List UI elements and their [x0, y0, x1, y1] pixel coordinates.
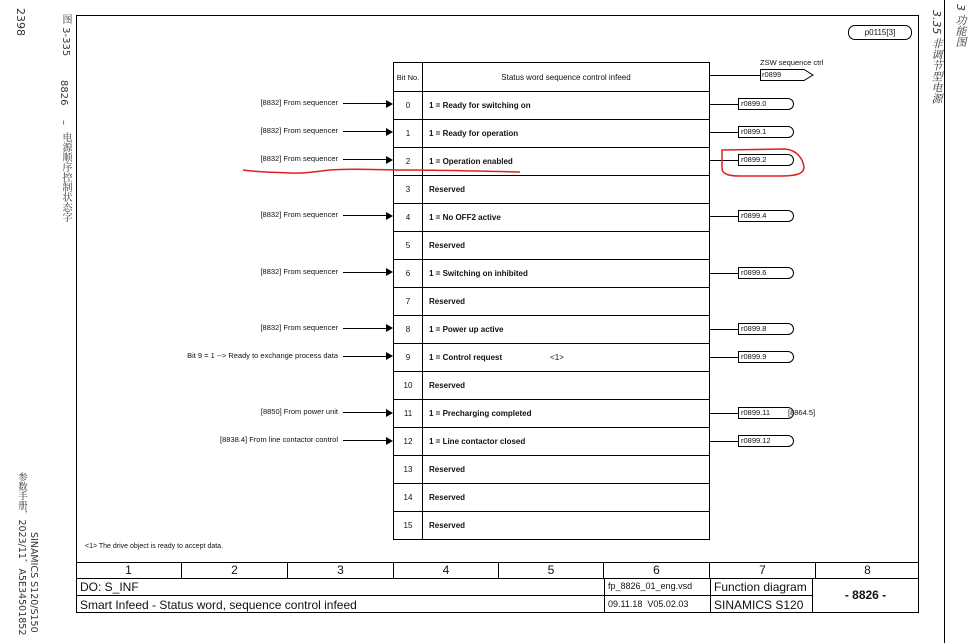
bit-description-text: Reserved [429, 521, 465, 530]
output-signal-line [710, 75, 760, 76]
input-signal-label: [8832] From sequencer [260, 126, 338, 135]
signal-line [710, 441, 738, 442]
table-row: 81 = Power up active [394, 315, 709, 343]
bit-description-text: 1 = Line contactor closed [429, 437, 525, 446]
bit-number: 10 [394, 372, 423, 399]
arrow-head-icon [386, 212, 393, 220]
column-number: 4 [394, 563, 499, 578]
input-signal: [8838.4] From line contactor control [100, 435, 393, 445]
chapter-label: 3 功能图 [952, 4, 968, 48]
bit-description: 1 = Ready for switching on [423, 92, 709, 119]
diagram-number: - 8826 - [812, 588, 919, 602]
signal-line [710, 413, 738, 414]
bit-description-text: Reserved [429, 465, 465, 474]
section-label: 3.35 非调节型电源 [928, 10, 944, 104]
input-signal: Bit 9 = 1 --> Ready to exchange process … [100, 351, 393, 361]
bit-number: 12 [394, 428, 423, 455]
table-row: 10Reserved [394, 371, 709, 399]
input-signal: [8832] From sequencer [100, 210, 393, 220]
title-block: 12345678 [76, 562, 919, 579]
input-signal: [8832] From sequencer [100, 154, 393, 164]
table-row: 15Reserved [394, 511, 709, 539]
output-parameter: r0899.12 [738, 435, 794, 447]
output-parameter: r0899.6 [738, 267, 794, 279]
figure-label: 图 3-335 [58, 14, 73, 56]
cross-reference: [8864.5] [788, 407, 815, 419]
header-bit: Bit No. [394, 63, 423, 91]
column-numbers: 12345678 [76, 563, 919, 579]
output-signal-connector: r0899 [760, 69, 812, 80]
bit-number: 13 [394, 456, 423, 483]
figure-title: 电源顺序控制状态字 [58, 132, 73, 222]
bit-description-text: 1 = Ready for operation [429, 129, 518, 138]
signal-line [710, 273, 738, 274]
bit-description-text: Reserved [429, 381, 465, 390]
arrow-head-icon [386, 156, 393, 164]
signal-line [710, 216, 738, 217]
signal-line [710, 160, 738, 161]
output-signal-label: ZSW sequence ctrl [760, 58, 823, 67]
column-number: 2 [182, 563, 288, 578]
date-version: 09.11.18 V05.02.03 [608, 599, 688, 609]
bit-description: 1 = Operation enabled [423, 148, 709, 175]
output-parameter: r0899.0 [738, 98, 794, 110]
bit-description: 1 = Switching on inhibited [423, 260, 709, 287]
signal-line [343, 356, 387, 357]
table-row: 13Reserved [394, 455, 709, 483]
signal-line [710, 132, 738, 133]
bit-description-text: 1 = Switching on inhibited [429, 269, 528, 278]
bit-number: 5 [394, 232, 423, 259]
signal-line [343, 328, 387, 329]
input-signal-label: [8832] From sequencer [260, 98, 338, 107]
manual-info: 参数手册，2023/11，A5E34501852 [14, 472, 28, 635]
signal-line [343, 131, 387, 132]
table-row: 21 = Operation enabled [394, 147, 709, 175]
table-header: Bit No. Status word sequence control inf… [394, 63, 709, 91]
output-parameter: r0899.8 [738, 323, 794, 335]
column-number: 8 [816, 563, 919, 578]
input-signal: [8832] From sequencer [100, 267, 393, 277]
table-row: 5Reserved [394, 231, 709, 259]
output-parameter: r0899.11 [738, 407, 794, 419]
bit-description: Reserved [423, 512, 709, 539]
column-number: 6 [604, 563, 710, 578]
footnote-marker: <1> [550, 353, 564, 362]
parameter-ref: p0115[3] [848, 25, 912, 40]
header-title: Status word sequence control infeed [423, 63, 709, 91]
table-row: 41 = No OFF2 active [394, 203, 709, 231]
input-signal: [8832] From sequencer [100, 98, 393, 108]
arrow-head-icon [386, 437, 393, 445]
input-signal-label: [8832] From sequencer [260, 267, 338, 276]
signal-line [343, 215, 387, 216]
signal-line [710, 357, 738, 358]
output-parameter: r0899.9 [738, 351, 794, 363]
bit-number: 2 [394, 148, 423, 175]
page-number: 2398 [14, 8, 27, 36]
signal-line [343, 440, 387, 441]
bit-description: 1 = Ready for operation [423, 120, 709, 147]
bit-description: 1 = Power up active [423, 316, 709, 343]
footer-title: Smart Infeed - Status word, sequence con… [80, 598, 357, 612]
bit-number: 4 [394, 204, 423, 231]
figure-number: 8826 [58, 80, 69, 105]
manual-product: SINAMICS S120/S150 [28, 532, 39, 633]
signal-line [343, 103, 387, 104]
table-row: 01 = Ready for switching on [394, 91, 709, 119]
bit-description: Reserved [423, 232, 709, 259]
bit-description: 1 = No OFF2 active [423, 204, 709, 231]
table-row: 121 = Line contactor closed [394, 427, 709, 455]
bit-description-text: 1 = Precharging completed [429, 409, 531, 418]
table-row: 11 = Ready for operation [394, 119, 709, 147]
bit-description: 1 = Line contactor closed [423, 428, 709, 455]
bit-description: Reserved [423, 372, 709, 399]
bit-description: Reserved [423, 456, 709, 483]
input-signal-label: [8832] From sequencer [260, 210, 338, 219]
table-row: 61 = Switching on inhibited [394, 259, 709, 287]
bit-description: 1 = Control request<1> [423, 344, 709, 371]
bit-number: 14 [394, 484, 423, 511]
bit-description-text: Reserved [429, 297, 465, 306]
bit-description-text: 1 = Control request [429, 353, 502, 362]
output-parameter: r0899.4 [738, 210, 794, 222]
column-number: 5 [499, 563, 604, 578]
arrow-head-icon [386, 100, 393, 108]
bit-description-text: 1 = Ready for switching on [429, 101, 531, 110]
input-signal: [8850] From power unit [100, 407, 393, 417]
arrow-head-icon [386, 268, 393, 276]
signal-line [343, 159, 387, 160]
bit-description-text: 1 = Operation enabled [429, 157, 513, 166]
bit-number: 7 [394, 288, 423, 315]
diagram-type: Function diagram [714, 580, 807, 594]
table-row: 14Reserved [394, 483, 709, 511]
title-block-body: DO: S_INF Smart Infeed - Status word, se… [76, 578, 919, 613]
column-number: 1 [76, 563, 182, 578]
input-signal: [8832] From sequencer [100, 126, 393, 136]
bit-description-text: 1 = Power up active [429, 325, 503, 334]
figure-dash: – [58, 120, 69, 125]
arrow-head-icon [386, 409, 393, 417]
column-number: 7 [710, 563, 816, 578]
table-row: 91 = Control request<1> [394, 343, 709, 371]
signal-line [343, 272, 387, 273]
output-parameter: r0899.2 [738, 154, 794, 166]
output-signal-param: r0899 [762, 69, 781, 81]
signal-line [710, 104, 738, 105]
bit-description-text: 1 = No OFF2 active [429, 213, 501, 222]
bit-number: 15 [394, 512, 423, 539]
bit-number: 11 [394, 400, 423, 427]
table-row: 3Reserved [394, 175, 709, 203]
bit-number: 3 [394, 176, 423, 203]
input-signal-label: [8832] From sequencer [260, 323, 338, 332]
signal-line [710, 329, 738, 330]
bit-description: Reserved [423, 288, 709, 315]
bit-description-text: Reserved [429, 185, 465, 194]
bit-number: 8 [394, 316, 423, 343]
output-parameter: r0899.1 [738, 126, 794, 138]
table-row: 7Reserved [394, 287, 709, 315]
bit-description-text: Reserved [429, 241, 465, 250]
product-name: SINAMICS S120 [714, 598, 803, 612]
input-signal-label: [8832] From sequencer [260, 154, 338, 163]
footnote: <1> The drive object is ready to accept … [85, 543, 223, 550]
bit-description-text: Reserved [429, 493, 465, 502]
column-number: 3 [288, 563, 394, 578]
input-signal-label: [8850] From power unit [261, 407, 338, 416]
bit-number: 0 [394, 92, 423, 119]
arrow-head-icon [386, 128, 393, 136]
bit-number: 1 [394, 120, 423, 147]
bit-description: Reserved [423, 176, 709, 203]
bit-description: 1 = Precharging completed [423, 400, 709, 427]
bit-number: 9 [394, 344, 423, 371]
arrow-head-icon [386, 324, 393, 332]
input-signal-label: Bit 9 = 1 --> Ready to exchange process … [187, 351, 338, 360]
bit-description: Reserved [423, 484, 709, 511]
signal-line [343, 412, 387, 413]
right-divider [944, 0, 945, 643]
input-signal: [8832] From sequencer [100, 323, 393, 333]
status-word-table: Bit No. Status word sequence control inf… [393, 62, 710, 540]
bit-number: 6 [394, 260, 423, 287]
input-signal-label: [8838.4] From line contactor control [220, 435, 338, 444]
file-name: fp_8826_01_eng.vsd [608, 581, 692, 591]
arrow-head-icon [386, 352, 393, 360]
do-label: DO: S_INF [80, 580, 139, 594]
table-row: 111 = Precharging completed [394, 399, 709, 427]
